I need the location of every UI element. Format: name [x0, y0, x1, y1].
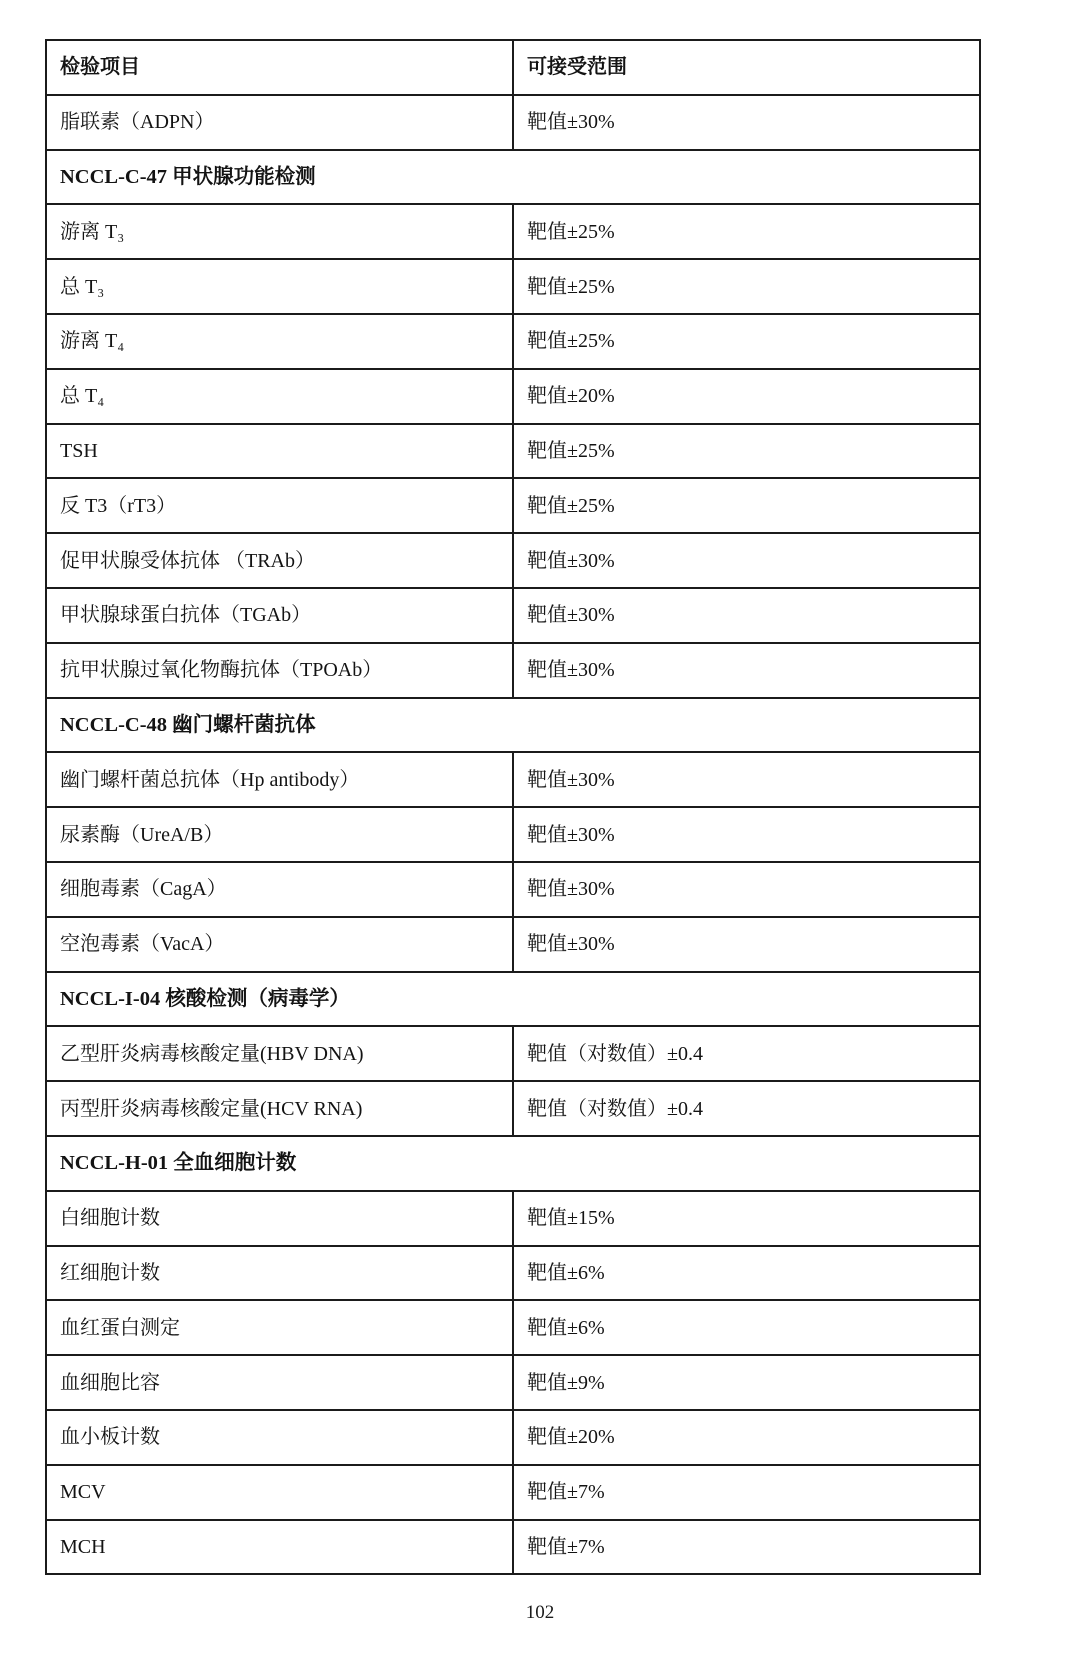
test-item-cell: MCV: [46, 1465, 513, 1520]
range-cell: 靶值±25%: [513, 424, 980, 479]
test-item-cell: 血细胞比容: [46, 1355, 513, 1410]
table-row: 红细胞计数 靶值±6%: [46, 1246, 980, 1301]
test-item-cell: 总 T₃: [46, 259, 513, 314]
range-cell: 靶值±20%: [513, 1410, 980, 1465]
test-item-cell: MCH: [46, 1520, 513, 1575]
column-header-acceptable-range: 可接受范围: [513, 40, 980, 95]
acceptance-range-table: 检验项目 可接受范围 脂联素（ADPN） 靶值±30% NCCL-C-47 甲状…: [45, 39, 981, 1575]
table-row: 乙型肝炎病毒核酸定量(HBV DNA) 靶值（对数值）±0.4: [46, 1026, 980, 1081]
test-item-cell: 反 T3（rT3）: [46, 478, 513, 533]
range-cell: 靶值±6%: [513, 1300, 980, 1355]
table-row: 空泡毒素（VacA） 靶值±30%: [46, 917, 980, 972]
section-row: NCCL-C-47 甲状腺功能检测: [46, 150, 980, 205]
page-number: 102: [0, 1602, 1080, 1624]
test-item-cell: 细胞毒素（CagA）: [46, 862, 513, 917]
table-row: 丙型肝炎病毒核酸定量(HCV RNA) 靶值（对数值）±0.4: [46, 1081, 980, 1136]
test-item-cell: 血小板计数: [46, 1410, 513, 1465]
test-item-cell: 丙型肝炎病毒核酸定量(HCV RNA): [46, 1081, 513, 1136]
table-row: 总 T₄ 靶值±20%: [46, 369, 980, 424]
range-cell: 靶值±30%: [513, 752, 980, 807]
range-cell: 靶值±30%: [513, 588, 980, 643]
table-header-row: 检验项目 可接受范围: [46, 40, 980, 95]
table-row: 反 T3（rT3） 靶值±25%: [46, 478, 980, 533]
range-cell: 靶值（对数值）±0.4: [513, 1026, 980, 1081]
table-row: 血小板计数 靶值±20%: [46, 1410, 980, 1465]
test-item-cell: 促甲状腺受体抗体 （TRAb）: [46, 533, 513, 588]
test-item-cell: TSH: [46, 424, 513, 479]
range-cell: 靶值±20%: [513, 369, 980, 424]
table-row: 幽门螺杆菌总抗体（Hp antibody） 靶值±30%: [46, 752, 980, 807]
range-cell: 靶值±25%: [513, 204, 980, 259]
range-cell: 靶值±25%: [513, 478, 980, 533]
table-row: MCH 靶值±7%: [46, 1520, 980, 1575]
test-item-cell: 尿素酶（UreA/B）: [46, 807, 513, 862]
table-row: 脂联素（ADPN） 靶值±30%: [46, 95, 980, 150]
document-page: 检验项目 可接受范围 脂联素（ADPN） 靶值±30% NCCL-C-47 甲状…: [0, 0, 1080, 1671]
test-item-cell: 总 T₄: [46, 369, 513, 424]
range-cell: 靶值±25%: [513, 259, 980, 314]
range-cell: 靶值±30%: [513, 533, 980, 588]
table-row: TSH 靶值±25%: [46, 424, 980, 479]
test-item-cell: 血红蛋白测定: [46, 1300, 513, 1355]
range-cell: 靶值±30%: [513, 862, 980, 917]
range-cell: 靶值±6%: [513, 1246, 980, 1301]
test-item-cell: 游离 T₃: [46, 204, 513, 259]
table-row: 总 T₃ 靶值±25%: [46, 259, 980, 314]
test-item-cell: 甲状腺球蛋白抗体（TGAb）: [46, 588, 513, 643]
range-cell: 靶值±7%: [513, 1520, 980, 1575]
column-header-test-item: 检验项目: [46, 40, 513, 95]
test-item-cell: 抗甲状腺过氧化物酶抗体（TPOAb）: [46, 643, 513, 698]
range-cell: 靶值±25%: [513, 314, 980, 369]
section-row: NCCL-I-04 核酸检测（病毒学）: [46, 972, 980, 1027]
table-row: MCV 靶值±7%: [46, 1465, 980, 1520]
range-cell: 靶值±30%: [513, 643, 980, 698]
section-title: NCCL-H-01 全血细胞计数: [46, 1136, 980, 1191]
test-item-cell: 空泡毒素（VacA）: [46, 917, 513, 972]
section-row: NCCL-H-01 全血细胞计数: [46, 1136, 980, 1191]
table-row: 游离 T₄ 靶值±25%: [46, 314, 980, 369]
section-row: NCCL-C-48 幽门螺杆菌抗体: [46, 698, 980, 753]
table-row: 抗甲状腺过氧化物酶抗体（TPOAb） 靶值±30%: [46, 643, 980, 698]
range-cell: 靶值±9%: [513, 1355, 980, 1410]
section-title: NCCL-I-04 核酸检测（病毒学）: [46, 972, 980, 1027]
test-item-cell: 幽门螺杆菌总抗体（Hp antibody）: [46, 752, 513, 807]
table-row: 甲状腺球蛋白抗体（TGAb） 靶值±30%: [46, 588, 980, 643]
table-row: 游离 T₃ 靶值±25%: [46, 204, 980, 259]
section-title: NCCL-C-47 甲状腺功能检测: [46, 150, 980, 205]
range-cell: 靶值±30%: [513, 95, 980, 150]
table-row: 尿素酶（UreA/B） 靶值±30%: [46, 807, 980, 862]
test-item-cell: 红细胞计数: [46, 1246, 513, 1301]
table-row: 血细胞比容 靶值±9%: [46, 1355, 980, 1410]
range-cell: 靶值±30%: [513, 807, 980, 862]
table-row: 白细胞计数 靶值±15%: [46, 1191, 980, 1246]
test-item-cell: 游离 T₄: [46, 314, 513, 369]
test-item-cell: 乙型肝炎病毒核酸定量(HBV DNA): [46, 1026, 513, 1081]
section-title: NCCL-C-48 幽门螺杆菌抗体: [46, 698, 980, 753]
range-cell: 靶值±30%: [513, 917, 980, 972]
table-row: 细胞毒素（CagA） 靶值±30%: [46, 862, 980, 917]
range-cell: 靶值±15%: [513, 1191, 980, 1246]
table-row: 血红蛋白测定 靶值±6%: [46, 1300, 980, 1355]
table-row: 促甲状腺受体抗体 （TRAb） 靶值±30%: [46, 533, 980, 588]
range-cell: 靶值（对数值）±0.4: [513, 1081, 980, 1136]
test-item-cell: 白细胞计数: [46, 1191, 513, 1246]
range-cell: 靶值±7%: [513, 1465, 980, 1520]
test-item-cell: 脂联素（ADPN）: [46, 95, 513, 150]
